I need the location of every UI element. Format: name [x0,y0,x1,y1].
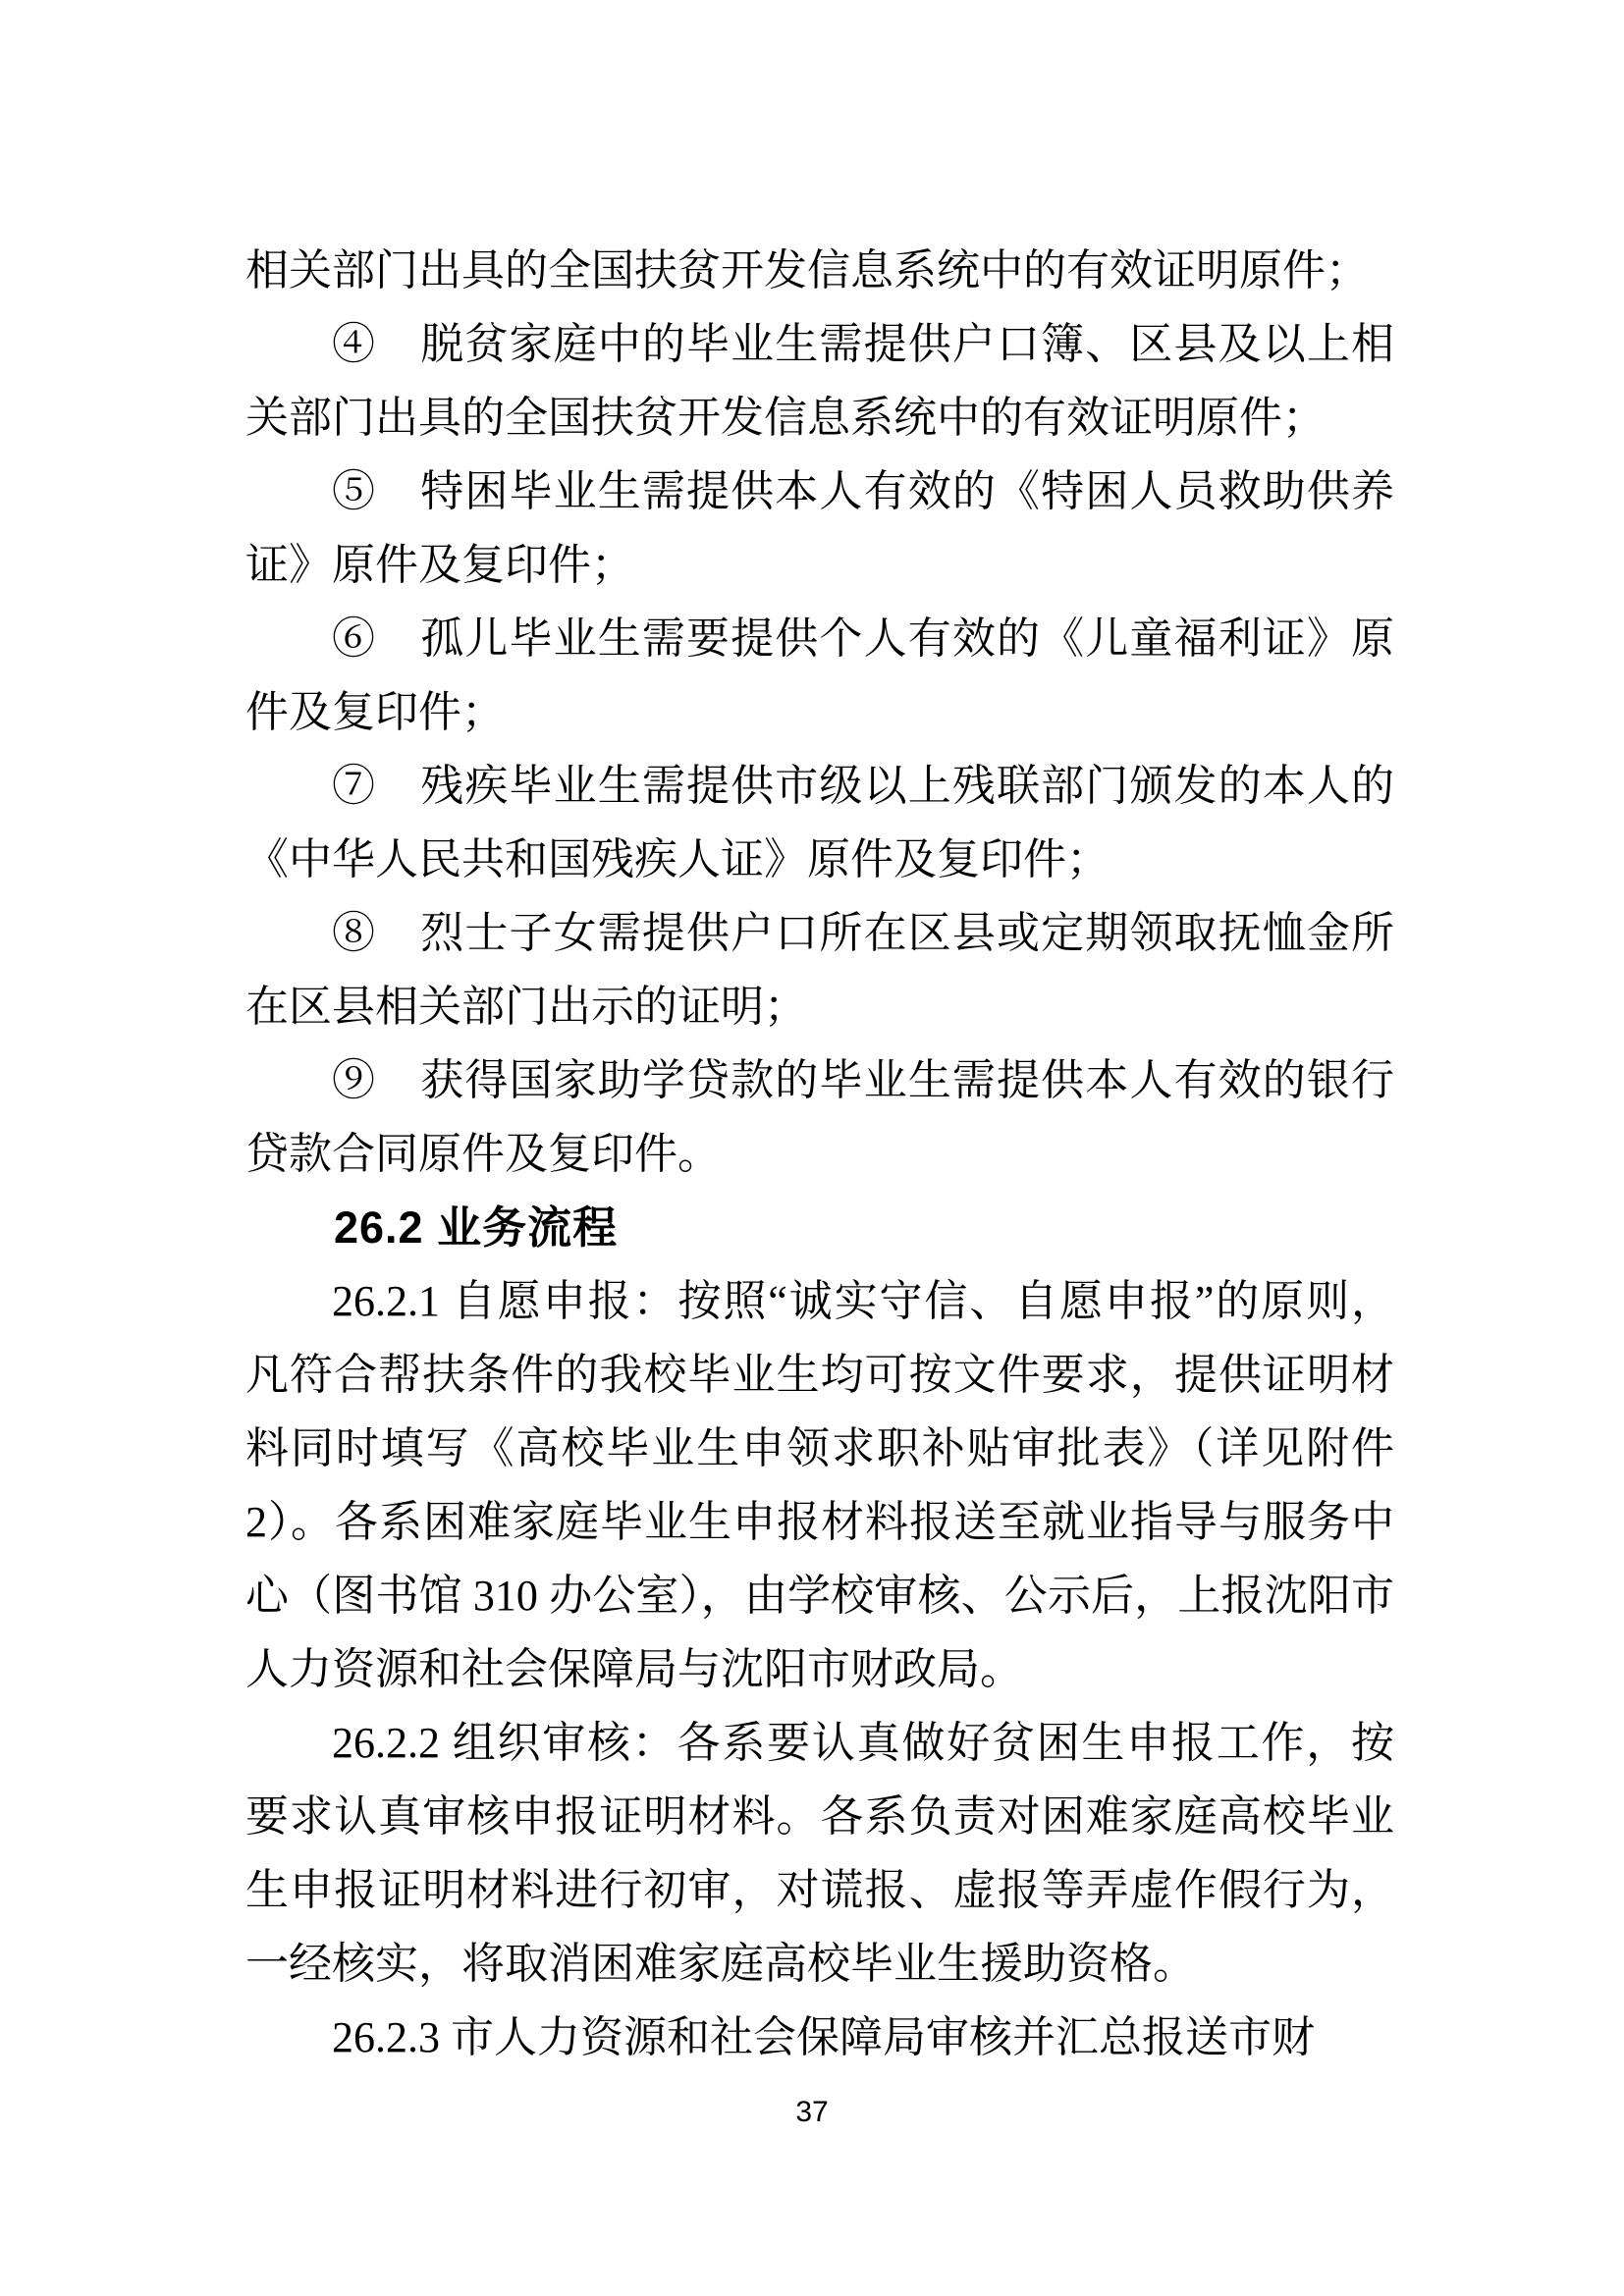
paragraph-26-2-2: 26.2.2 组织审核：各系要认真做好贫困生申报工作，按要求认真审核申报证明材料… [245,1706,1394,2001]
paragraph-26-2-1: 26.2.1 自愿申报：按照“诚实守信、自愿申报”的原则，凡符合帮扶条件的我校毕… [245,1264,1394,1706]
paragraph-item8: ⑧ 烈士子女需提供户口所在区县或定期领取抚恤金所在区县相关部门出示的证明； [245,896,1394,1043]
paragraph-26-2-3: 26.2.3 市人力资源和社会保障局审核并汇总报送市财 [245,2001,1394,2074]
paragraph-item4: ④ 脱贫家庭中的毕业生需提供户口簿、区县及以上相关部门出具的全国扶贫开发信息系统… [245,307,1394,454]
paragraph-item9: ⑨ 获得国家助学贷款的毕业生需提供本人有效的银行贷款合同原件及复印件。 [245,1043,1394,1191]
page-number: 37 [0,2095,1624,2130]
paragraph-item5: ⑤ 特困毕业生需提供本人有效的《特困人员救助供养证》原件及复印件； [245,454,1394,602]
document-body: 相关部门出具的全国扶贫开发信息系统中的有效证明原件； ④ 脱贫家庭中的毕业生需提… [245,234,1394,2074]
section-heading-26-2: 26.2 业务流程 [245,1191,1394,1264]
paragraph-item6: ⑥ 孤儿毕业生需要提供个人有效的《儿童福利证》原件及复印件； [245,602,1394,749]
paragraph-item3-continuation: 相关部门出具的全国扶贫开发信息系统中的有效证明原件； [245,234,1394,307]
document-page: 相关部门出具的全国扶贫开发信息系统中的有效证明原件； ④ 脱贫家庭中的毕业生需提… [0,0,1624,2296]
paragraph-item7: ⑦ 残疾毕业生需提供市级以上残联部门颁发的本人的《中华人民共和国残疾人证》原件及… [245,749,1394,896]
